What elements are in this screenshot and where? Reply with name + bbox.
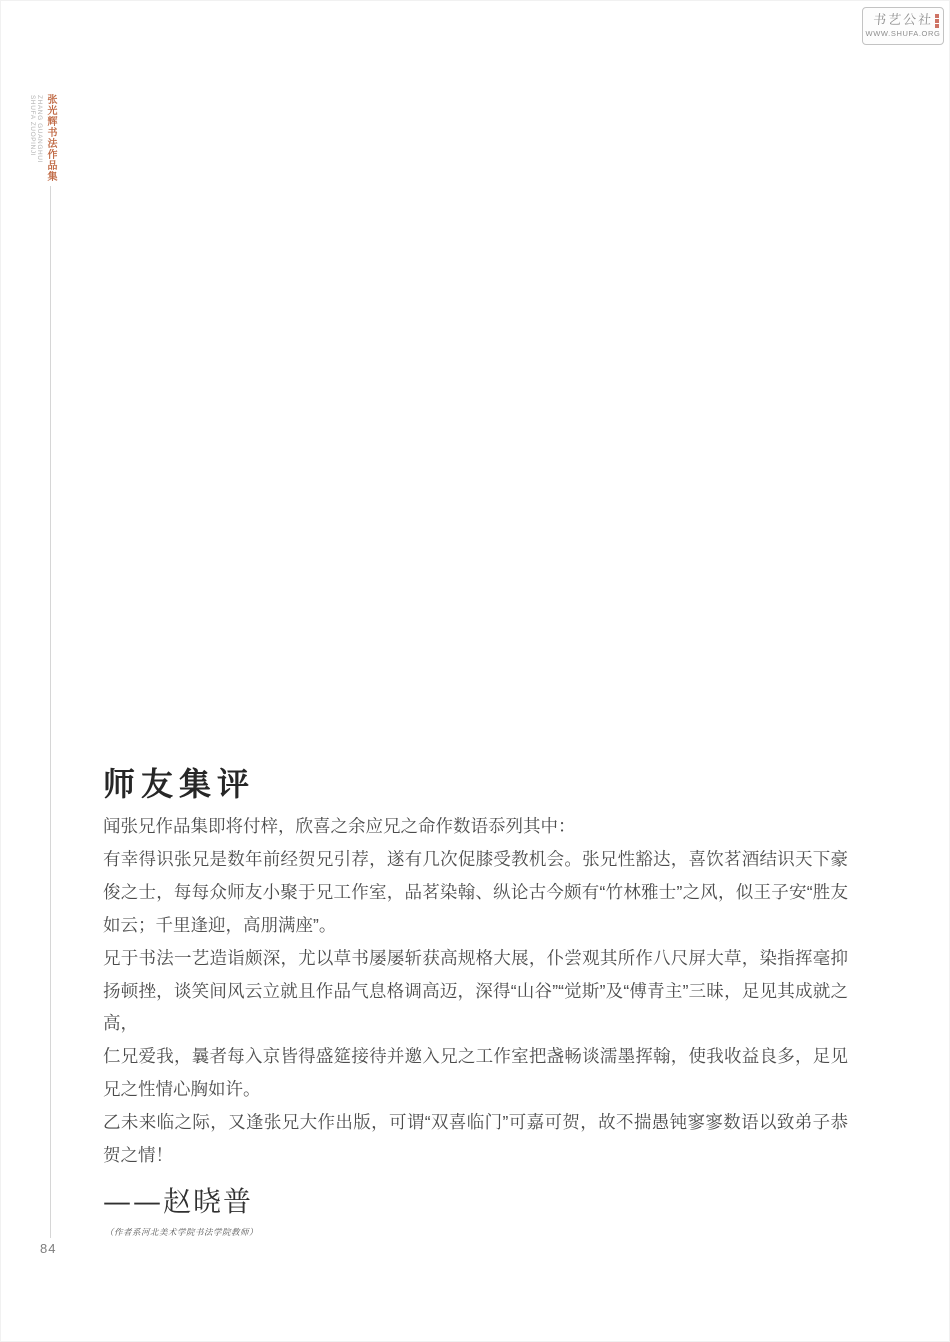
article-title: 师友集评 xyxy=(103,761,255,807)
article-paragraph: 仁兄爱我，曩者每入京皆得盛筵接待并邀入兄之工作室把盏畅谈濡墨挥翰，使我收益良多，… xyxy=(103,1040,848,1106)
article-paragraph: 闻张兄作品集即将付梓，欣喜之余应兄之命作数语忝列其中： xyxy=(103,810,848,843)
article-paragraph: 乙未来临之际，又逢张兄大作出版，可谓“双喜临门”可嘉可贺，故不揣愚钝寥寥数语以致… xyxy=(103,1106,848,1172)
spine-series-title: 张光辉书法作品集 xyxy=(43,94,57,182)
article-body: 闻张兄作品集即将付梓，欣喜之余应兄之命作数语忝列其中： 有幸得识张兄是数年前经贺… xyxy=(103,810,848,1172)
shufa-watermark: 书艺公社 WWW.SHUFA.ORG xyxy=(862,7,944,45)
article-paragraph: 兄于书法一艺造诣颇深，尤以草书屡屡斩获高规格大展，仆尝观其所作八尺屏大草，染指挥… xyxy=(103,942,848,1041)
spine-romanization: ZHANG GUANGHUI SHUFA ZUOPINJI xyxy=(29,95,43,187)
watermark-url-text: WWW.SHUFA.ORG xyxy=(866,29,941,38)
watermark-brand-text: 书艺公社 xyxy=(872,14,933,28)
article-paragraph: 有幸得识张兄是数年前经贺兄引荐，遂有几次促膝受教机会。张兄性豁达，喜饮茗酒结识天… xyxy=(103,843,848,942)
author-signature: ——赵晓普 xyxy=(103,1182,253,1222)
author-caption: （作者系河北美术学院书法学院教师） xyxy=(105,1227,258,1238)
spine-rule-line xyxy=(50,186,51,1238)
book-page: 书艺公社 WWW.SHUFA.ORG ZHANG GUANGHUI SHUFA … xyxy=(0,0,950,1342)
page-number: 84 xyxy=(40,1241,56,1256)
red-seal-icon xyxy=(935,14,939,29)
